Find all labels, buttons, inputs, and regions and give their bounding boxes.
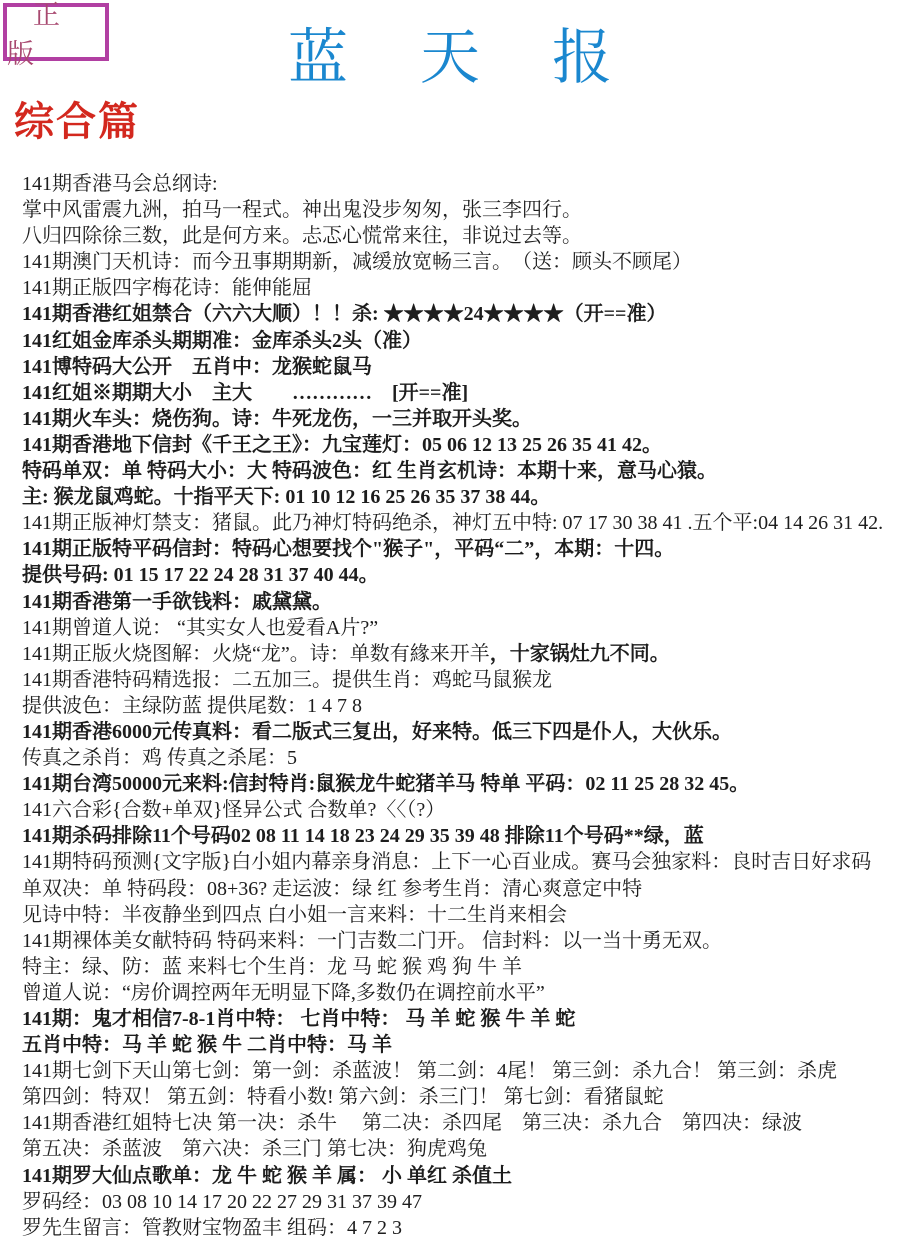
report-line: 141期：鬼才相信7-8-1肖中特： 七肖中特： 马 羊 蛇 猴 牛 羊 蛇 (22, 1006, 896, 1032)
report-line: 141期香港马会总纲诗: (22, 171, 896, 197)
report-line: 141期正版特平码信封：特码心想要找个"猴子"，平码“二”，本期：十四。 (22, 536, 896, 562)
report-line: 八归四除徐三数，此是何方来。忐忑心慌常来往，非说过去等。 (22, 223, 896, 249)
report-line: 141期香港第一手欲钱料：戚黛黛。 (22, 589, 896, 615)
report-line: 141红姐※期期大小 主大 ………… [开==准] (22, 380, 896, 406)
report-line: 141六合彩{合数+单双}怪异公式 合数单?〈〈（?） (22, 797, 896, 823)
report-line: 传真之杀肖：鸡 传真之杀尾：5 (22, 745, 896, 771)
report-line: 141期香港特码精选报：二五加三。提供生肖：鸡蛇马鼠猴龙 (22, 667, 896, 693)
report-line: 曾道人说：“房价调控两年无明显下降,多数仍在调控前水平” (22, 980, 896, 1006)
report-line: 141期七剑下天山第七剑：第一剑：杀蓝波！ 第二剑：4尾！ 第三剑：杀九合！ 第… (22, 1058, 896, 1084)
section-title: 综合篇 (14, 90, 140, 147)
report-line: 见诗中特：半夜静坐到四点 白小姐一言来料：十二生肖来相会 (22, 902, 896, 928)
report-body: 141期香港马会总纲诗:掌中风雷震九洲，拍马一程式。神出鬼没步匆匆，张三李四行。… (22, 171, 896, 1241)
report-line: 141期曾道人说： “其实女人也爱看A片?” (22, 615, 896, 641)
report-line: 141期杀码排除11个号码02 08 11 14 18 23 24 29 35 … (22, 823, 896, 849)
page-title: 蓝天报 (0, 10, 900, 96)
report-line: 141博特码大公开 五肖中：龙猴蛇鼠马 (22, 354, 896, 380)
report-line: 141期香港红姐特七决 第一决：杀牛 第二决：杀四尾 第三决：杀九合 第四决：绿… (22, 1110, 896, 1136)
report-line: 141期特码预测{文字版}白小姐内幕亲身消息：上下一心百业成。赛马会独家料：良时… (22, 849, 896, 875)
report-line: 第四剑：特双！ 第五剑：特看小数! 第六剑：杀三门！ 第七剑：看猪鼠蛇 (22, 1084, 896, 1110)
report-line: 141红姐金库杀头期期准：金库杀头2头（准） (22, 328, 896, 354)
report-line: 141期正版神灯禁支：猪鼠。此乃神灯特码绝杀，神灯五中特: 07 17 30 3… (22, 510, 896, 536)
report-line: 141期香港地下信封《千王之王》：九宝莲灯：05 06 12 13 25 26 … (22, 432, 896, 458)
report-line: 141期罗大仙点歌单：龙 牛 蛇 猴 羊 属： 小 单红 杀值土 (22, 1163, 896, 1189)
report-line: 提供号码: 01 15 17 22 24 28 31 37 40 44。 (22, 562, 896, 588)
report-line: 141期正版火烧图解：火烧“龙”。诗：单数有緣来开羊，十家锅灶九不同。 (22, 641, 896, 667)
report-line-segment: ，十家锅灶九不同。 (490, 643, 670, 665)
report-line: 第五决：杀蓝波 第六决：杀三门 第七决：狗虎鸡兔 (22, 1136, 896, 1162)
report-line: 五肖中特：马 羊 蛇 猴 牛 二肖中特：马 羊 (22, 1032, 896, 1058)
report-line: 141期火车头：烧伤狗。诗：牛死龙伤，一三并取开头奖。 (22, 406, 896, 432)
report-line: 141期香港红姐禁合（六六大顺）！！杀: ★★★★24★★★★（开==准） (22, 301, 896, 327)
report-line: 141期台湾50000元来料:信封特肖:鼠猴龙牛蛇猪羊马 特单 平码：02 11… (22, 771, 896, 797)
report-line: 特主：绿、防：蓝 来料七个生肖：龙 马 蛇 猴 鸡 狗 牛 羊 (22, 954, 896, 980)
report-line: 单双决：单 特码段：08+36? 走运波：绿 红 参考生肖：清心爽意定中特 (22, 876, 896, 902)
report-line: 罗码经：03 08 10 14 17 20 22 27 29 31 37 39 … (22, 1189, 896, 1215)
report-line: 主: 猴龙鼠鸡蛇。十指平天下: 01 10 12 16 25 26 35 37 … (22, 484, 896, 510)
report-line: 罗先生留言：管教财宝物盈丰 组码：4 7 2 3 (22, 1215, 896, 1241)
report-line: 特码单双：单 特码大小：大 特码波色：红 生肖玄机诗：本期十来，意马心猿。 (22, 458, 896, 484)
report-line: 提供波色：主绿防蓝 提供尾数：1 4 7 8 (22, 693, 896, 719)
report-line: 掌中风雷震九洲，拍马一程式。神出鬼没步匆匆，张三李四行。 (22, 197, 896, 223)
report-line: 141期香港6000元传真料：看二版式三复出，好来特。低三下四是仆人，大伙乐。 (22, 719, 896, 745)
report-line: 141期裸体美女献特码 特码来料：一门吉数二门开。 信封料：以一当十勇无双。 (22, 928, 896, 954)
report-line: 141期澳门天机诗：而今丑事期期新，减缓放宽畅三言。 （送：顾头不顾尾） (22, 249, 896, 275)
report-line-segment: 141期正版火烧图解：火烧“龙”。诗：单数有緣来开羊 (22, 643, 490, 665)
report-line: 141期正版四字梅花诗：能伸能屈 (22, 275, 896, 301)
